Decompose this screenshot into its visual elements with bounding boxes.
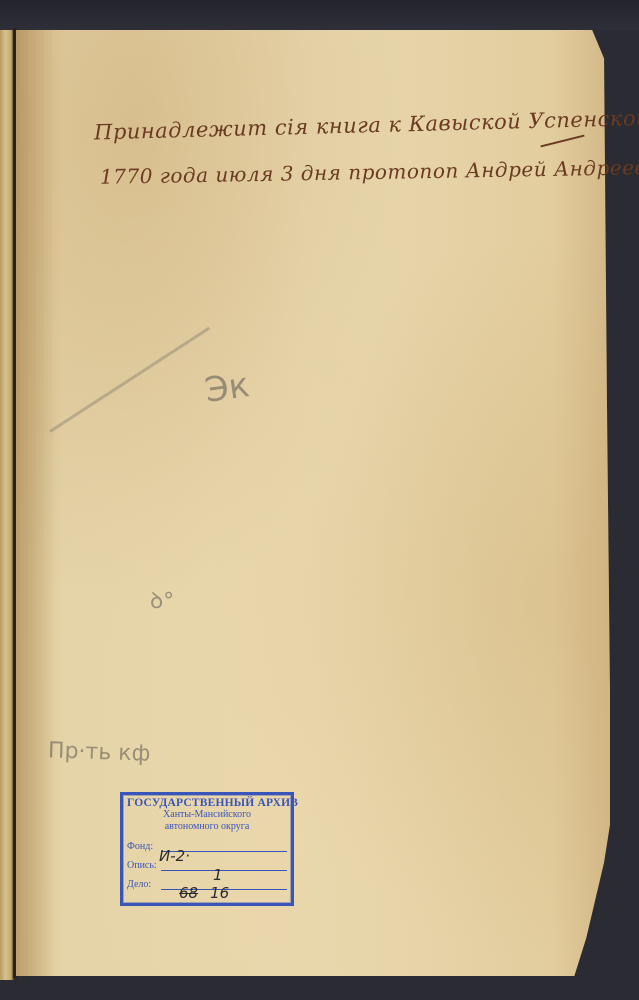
pencil-mark: ꝺ° <box>150 585 174 615</box>
delo-struck-value: 68 <box>179 884 198 902</box>
water-stain <box>16 30 56 976</box>
archive-stamp: ГОСУДАРСТВЕННЫЙ АРХИВ Ханты-Мансийского … <box>120 792 294 906</box>
pencil-annotation: Пр·ть кф <box>48 738 151 767</box>
stamp-row-fond: Фонд: И-2· <box>127 833 287 852</box>
opis-label: Опись: <box>127 860 161 871</box>
delo-value: 6816 <box>179 884 229 902</box>
stamp-subtitle-1: Ханты-Мансийского <box>127 809 287 821</box>
stamp-row-opis: Опись: 1 <box>127 852 287 871</box>
adjacent-page-edge <box>0 30 14 980</box>
stamp-title: ГОСУДАРСТВЕННЫЙ АРХИВ <box>127 797 287 809</box>
delo-current-value: 16 <box>210 884 229 902</box>
stamp-row-delo: Дело: 6816 <box>127 871 287 890</box>
delo-label: Дело: <box>127 879 161 890</box>
pencil-mark: Эк <box>202 365 251 411</box>
stamp-subtitle-2: автономного округа <box>127 821 287 833</box>
background-top <box>0 0 639 30</box>
fond-label: Фонд: <box>127 841 161 852</box>
